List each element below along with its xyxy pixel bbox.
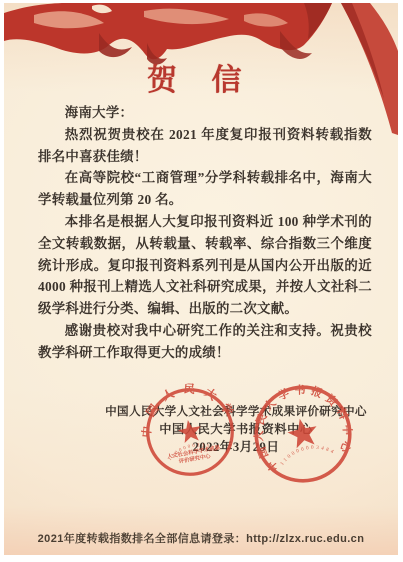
paragraph-3: 本排名是根据人大复印报刊资料近 100 种学术刊的全文转载数据，从转载量、转载率…: [38, 211, 372, 320]
paragraph-1: 热烈祝贺贵校在 2021 年度复印报刊资料转载指数排名中喜获佳绩！: [38, 124, 372, 168]
official-seal-left-icon: 中国人民大学 人文社会科学学术成果 评价研究中心 110000023315: [134, 376, 245, 487]
letter-body: 海南大学： 热烈祝贺贵校在 2021 年度复印报刊资料转载指数排名中喜获佳绩！ …: [38, 102, 372, 364]
letter-page: 贺 信 海南大学： 热烈祝贺贵校在 2021 年度复印报刊资料转载指数排名中喜获…: [4, 3, 398, 555]
letter-title: 贺 信: [4, 55, 398, 99]
seal-right-serial: 110000003484: [277, 440, 338, 468]
paragraph-2: 在高等院校“工商管理”分学科转载排名中，海南大学转载量位列第 20 名。: [38, 167, 372, 211]
official-seal-right-icon: 中国人民大学书报资料中心 110000003484: [241, 372, 364, 495]
paragraph-4: 感谢贵校对我中心研究工作的关注和支持。祝贵校教学科研工作取得更大的成绩！: [38, 320, 372, 364]
salutation: 海南大学：: [38, 102, 372, 124]
footer-url-note: 2021年度转载指数排名全部信息请登录：http://zlzx.ruc.edu.…: [4, 530, 398, 546]
svg-text:110000003484: 110000003484: [277, 440, 338, 468]
